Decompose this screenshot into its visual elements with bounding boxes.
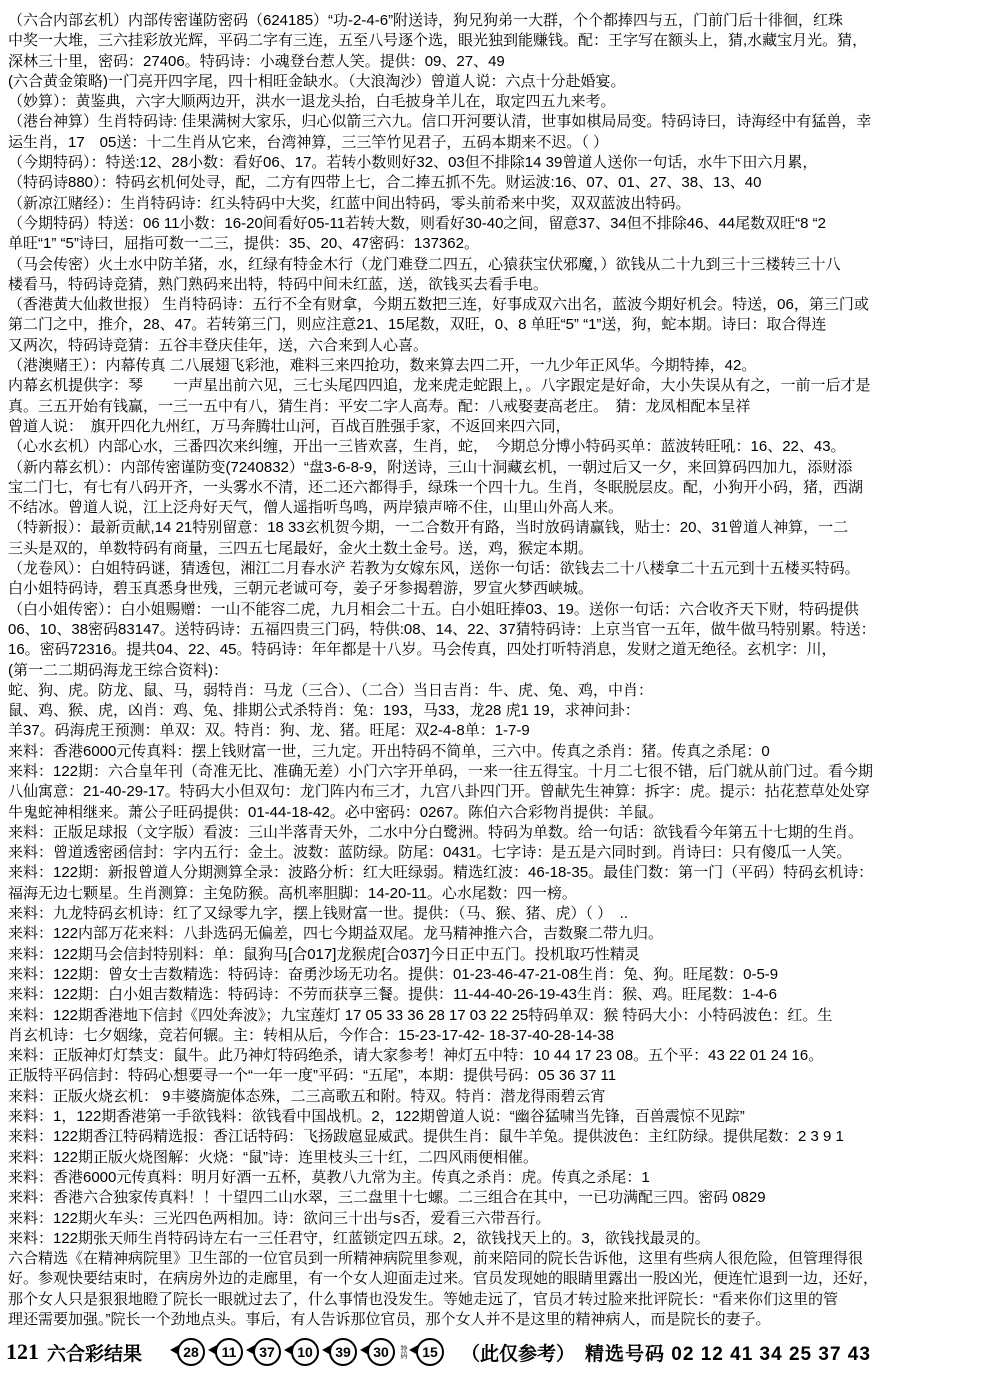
result-number-ball: 39: [329, 1338, 357, 1366]
text-line: （港澳赌王）：内幕传真 二八展翅飞彩池，难料三来四抢功，数来算去四二开，一九少年…: [8, 356, 994, 376]
result-number-ball: 10: [291, 1338, 319, 1366]
text-line: 来料：122期马会信封特别料：单：鼠狗马[合017]龙猴虎[合037]今日正中五…: [8, 945, 994, 965]
text-line: 又两次，特码诗竞猜：五谷丰登庆佳年，送，六合来到人心喜。: [8, 336, 994, 356]
text-line: 白小姐特码诗，碧玉真悉身世残，三朝元老诚可夸，姜子牙参揭碧游，罗宣火梦西峡城。: [8, 579, 994, 599]
text-line: (第一二二期码海龙王综合资料)：: [8, 661, 994, 681]
text-line: 来料：1，122期香港第一手欲钱料：欲钱看中国战机。2，122期曾道人说：“幽谷…: [8, 1107, 994, 1127]
text-line: 福海无边七颗星。生肖测算：主兔防猴。高机率胆脚：14-20-11。心水尾数：四一…: [8, 884, 994, 904]
text-line: 那个女人只是狠狠地瞪了院长一眼就过去了，什么事情也没发生。等她走远了，官员才转过…: [8, 1290, 994, 1310]
text-line: 蛇、狗、虎。防龙、鼠、马，弱特肖：马龙（三合）、（二合）当日吉肖：牛、虎、兔、鸡…: [8, 681, 994, 701]
text-line: 运生肖，17 05送：十二生肖从它来，台湾神算，三三竿竹见君子，五码本期来不迟。…: [8, 133, 994, 153]
text-line: （白小姐传密）：白小姐赐赠：一山不能容二虎，九月相会二十五。白小姐旺捧03、19…: [8, 600, 994, 620]
results-title: 六合彩结果: [47, 1339, 142, 1366]
issue-number: 121: [6, 1339, 39, 1365]
text-line: 来料：正版神灯灯禁支：鼠牛。此乃神灯特码绝杀，请大家参考！神灯五中特：10 44…: [8, 1046, 994, 1066]
text-line: 16。密码72316。提共04、22、45。特码诗：年年都是十八岁。马会传真，四…: [8, 640, 994, 660]
text-line: 来料：122期：六合皇年刊（奇准无比、准确无差）小门六字开单码，一来一往五得宝。…: [8, 762, 994, 782]
text-line: 单旺“1” “5”诗曰，屈指可数一二三，提供：35、20、47密码：137362…: [8, 234, 994, 254]
reference-note: （此仅参考）: [461, 1339, 575, 1366]
text-line: 深林三十里，密码：27406。特码诗：小魂登台惹人笑。提供：09、27、49: [8, 52, 994, 72]
text-line: 正版特平码信封：特码心想要寻一个“一年一度”平码：“五尾”，本期：提供号码：05…: [8, 1066, 994, 1086]
text-line: 来料：122期：新报曾道人分期测算全录：波路分析：红大旺绿弱。精选红波：46-1…: [8, 863, 994, 883]
text-line: 羊37。码海虎王预测：单双：双。特肖：狗、龙、猪。旺尾：双2-4-8单：1-7-…: [8, 721, 994, 741]
text-line: 第二门之中，推介，28、47。若转第三门，则应注意21、15尾数，双旺，0、8 …: [8, 315, 994, 335]
text-line: 真。三五开始有钱赢，一三一五中有八，猜生肖：平安二字人高寿。配：八戒娶妻高老庄。…: [8, 397, 994, 417]
results-footer: 121 六合彩结果 281137103930 特码 15 （此仅参考） 精选号码…: [0, 1330, 998, 1366]
text-line: 肖玄机诗：七夕姻缘，竞若何辗。主：转相从后，今作合：15-23-17-42- 1…: [8, 1026, 994, 1046]
text-line: 理还需要加强。”院长一个劲地点头。事后，有人告诉那位官员，那个女人并不是这里的精…: [8, 1310, 994, 1330]
text-line: 宝二门七，有七有八码开齐，一头雾水不清，还二还六都得手，绿珠一个四十九。生肖，冬…: [8, 478, 994, 498]
text-line: （六合内部玄机）内部传密谨防密码（624185）“功-2-4-6”附送诗，狗兄狗…: [8, 11, 994, 31]
text-line: （心水玄机）内部心水，三番四次来纠缠，开出一三皆欢喜，生肖，蛇， 今期总分博小特…: [8, 437, 994, 457]
text-line: （港台神算）生肖特码诗: 佳果满树大家乐，归心似箭三六九。信口开河要认清，世事如…: [8, 112, 994, 132]
text-line: （新内幕玄机）：内部传密谨防变(7240832）“盘3-6-8-9，附送诗，三山…: [8, 458, 994, 478]
text-line: 来料：122期香港地下信封《四处奔波》；九宝莲灯 17 05 33 36 28 …: [8, 1006, 994, 1026]
text-line: 曾道人说： 旗开四化九州红，万马奔腾壮山河，百战百胜强手家，不返回来四六同，: [8, 417, 994, 437]
special-number-ball: 15: [416, 1338, 444, 1366]
text-line: 来料：122期香江特码精选报：香江话特码：飞扬跋扈显威武。提供生肖：鼠牛羊兔。提…: [8, 1127, 994, 1147]
text-line: 06、10、38密码83147。送特码诗：五福四贵三门码，特供:08、14、22…: [8, 620, 994, 640]
result-number-ball: 37: [253, 1338, 281, 1366]
text-line: 中奖一大堆，三六挂彩放光辉，平码二字有三连，五至八号逐个选，眼光独到能赚钱。配：…: [8, 31, 994, 51]
text-line: （特码诗880）：特码玄机何处寻，配，二方有四带上七，合二捧五抓不先。财运波:1…: [8, 173, 994, 193]
text-line: 来料：122期：白小姐吉数精选：特码诗：不劳而获享三餐。提供：11-44-40-…: [8, 985, 994, 1005]
text-line: （特新报）：最新贡献,14 21特别留意：18 33玄机贺今期，一二合数开有路，…: [8, 518, 994, 538]
text-line: 牛鬼蛇神相继来。萧公子旺码提供：01-44-18-42。必中密码：0267。陈伯…: [8, 803, 994, 823]
text-line: 鼠、鸡、猴、虎，凶肖：鸡、兔、排期公式杀特肖：兔：193，马33，龙28 虎1 …: [8, 701, 994, 721]
result-number-ball: 30: [367, 1338, 395, 1366]
text-line: 来料：正版足球报（文字版）看波：三山半落青天外，二水中分白鹭洲。特码为单数。给一…: [8, 823, 994, 843]
text-line: 不结冰。曾道人说，江上泛舟好天气，僧人遥指听鸟鸣，两岸猿声啼不住，山里山外高人来…: [8, 498, 994, 518]
special-number-label: 特码: [400, 1345, 407, 1359]
text-line: 楼看马，特码诗竞猜，熟门熟码来出特，特码中间未红蓝，送，欲钱买去看手电。: [8, 275, 994, 295]
text-line: （妙算）：黄鉴典，六字大顺两边开，洪水一退龙头抬，白毛披身羊儿在，取定四五九来考…: [8, 92, 994, 112]
selected-numbers: 精选号码 02 12 41 34 25 37 43: [585, 1339, 871, 1366]
text-line: 三头是双的，单数特码有商量，三四五七尾最好，金火土数土金号。送，鸡，猴定本期。: [8, 539, 994, 559]
text-line: (六合黄金策略)一门亮开四字尾，四十相旺金缺水。（大浪淘沙）曾道人说：六点十分赴…: [8, 72, 994, 92]
text-line: 来料：122期火车头：三光四色两相加。诗：欲问三十出与s否，爱看三六带吾行。: [8, 1209, 994, 1229]
result-number-ball: 11: [215, 1338, 243, 1366]
text-line: 来料：香港6000元传真料：摆上钱财富一世，三九定。开出特码不简单，三六中。传真…: [8, 742, 994, 762]
text-line: 来料：九龙特码玄机诗：红了又绿零九字，摆上钱财富一世。提供：（马、猴、猪、虎）（…: [8, 904, 994, 924]
text-line: （今期特码）特送：06 11小数：16-20间看好05-11若转大数，则看好30…: [8, 214, 994, 234]
text-line: （龙卷风）：白姐特码谜，猜透包，湘江二月春水浐 若教为女嫁东风，送你一句话：欲钱…: [8, 559, 994, 579]
text-line: 来料：122期正版火烧图解：火烧：“鼠”诗：连里枝头三十红，二四风雨便相催。: [8, 1148, 994, 1168]
text-line: 内幕玄机提供字：琴 一声星出前六见，三七头尾四四追，龙来虎走蛇跟上，。八字跟定是…: [8, 376, 994, 396]
text-line: （今期特码）：特送:12、28小数：看好06、17。若转小数则好32、03但不排…: [8, 153, 994, 173]
text-line: 好。参观快要结束时，在病房外边的走廊里，有一个女人迎面走过来。官员发现她的眼睛里…: [8, 1269, 994, 1289]
text-line: 来料：122期张天师生肖特码诗左右一三任君守，红蓝锁定四五球。2，欲钱找天上的。…: [8, 1229, 994, 1249]
text-line: 来料：正版火烧玄机： 9丰婆旖旎体态殊，二三高歌五和附。特双。特肖：潜龙得雨碧云…: [8, 1087, 994, 1107]
tip-sheet-document: （六合内部玄机）内部传密谨防密码（624185）“功-2-4-6”附送诗，狗兄狗…: [0, 0, 998, 1330]
text-line: （香港黄大仙救世报） 生肖特码诗：五行不全有财拿，今期五数把三连，好事成双六出名…: [8, 295, 994, 315]
result-balls: 281137103930: [168, 1338, 396, 1366]
text-line: 来料：曾道透密函信封：字内五行：金土。波数：蓝防绿。防尾：0431。七字诗：是五…: [8, 843, 994, 863]
text-line: 八仙寓意：21-40-29-17。特码大小但双句：龙门阵内布三才，九宫八卦四门开…: [8, 782, 994, 802]
text-line: 来料：香港6000元传真料：明月好酒一五杯，莫教八九常为主。传真之杀肖：虎。传真…: [8, 1168, 994, 1188]
text-line: 六合精选《在精神病院里》卫生部的一位官员到一所精神病院里参观，前来陪同的院长告诉…: [8, 1249, 994, 1269]
text-line: 来料：122期：曾女士吉数精选：特码诗：奋勇沙场无功名。提供：01-23-46-…: [8, 965, 994, 985]
text-line: （马会传密）火土水中防羊猪，水，红绿有特金木行（龙门难登二四五，心猿获宝伏邪魔，…: [8, 255, 994, 275]
text-line: （新凉江赌经）：生肖特码诗：红头特码中大奖，红蓝中间出特码，零头前希来中奖，双双…: [8, 194, 994, 214]
text-line: 来料：122内部万花来料：八卦选码无偏差，四七今期益双尾。龙马精神推六合，吉数聚…: [8, 924, 994, 944]
text-line: 来料：香港六合独家传真料！！十望四二山水翠，三二盘里十七螺。二三组合在其中，一已…: [8, 1188, 994, 1208]
result-number-ball: 28: [177, 1338, 205, 1366]
